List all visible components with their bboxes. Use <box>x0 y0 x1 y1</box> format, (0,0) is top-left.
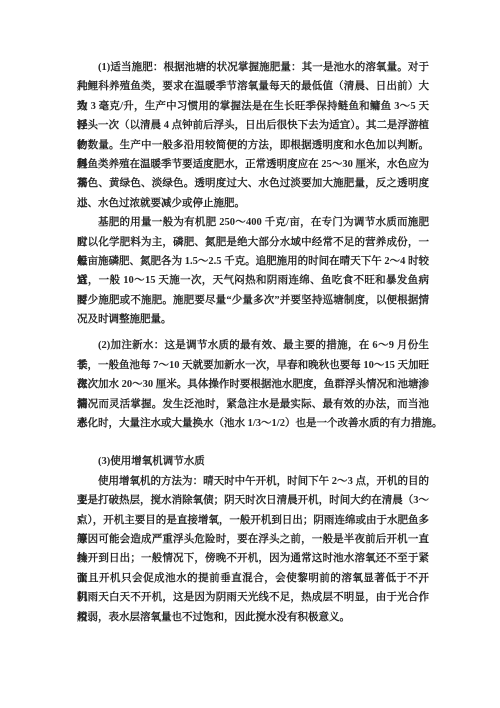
text-line: 而且开机只会促成池水的提前垂直混合，会使黎明前的溶氧显著低于不开机； <box>77 569 429 588</box>
text-line: 点），开机主要目的是直接增氧，一般开机到日出；阴雨连绵或由于水肥鱼多等 <box>77 511 429 530</box>
paragraph: (2)加注新水：这是调节水质的最有效、最主要的措施，在 6～9 月份生长旺季，一… <box>77 336 429 433</box>
text-line: 情况而灵活掌握。发生泛池时，紧急注水是最实际、最有效的办法，而当池水 <box>77 395 429 414</box>
text-line: 要少施肥或不施肥。施肥要尽量“少量多次”并要坚持巡塘制度，以便根据情 <box>77 291 429 310</box>
text-line: (2)加注新水：这是调节水质的最有效、最主要的措施，在 6～9 月份生长旺 <box>77 336 429 355</box>
text-line: 小、水色过浓就要减少或停止施肥。 <box>77 194 429 213</box>
paragraph: 使用增氧机的方法为：晴天时中午开机，时间下午 2～3 点，开机的目的主要是打破热… <box>77 472 429 627</box>
paragraph: 基肥的用量一般为有机肥 250～400 千克/亩，在专门为调节水质而施肥时应以化… <box>77 213 429 329</box>
text-line: 使用增氧机的方法为：晴天时中午开机，时间下午 2～3 点，开机的目的主 <box>77 472 429 491</box>
paragraph: (1)适当施肥：根据池塘的状况掌握施肥量：其一是池水的溶氧量。对于几种鲤科养殖鱼… <box>77 58 429 213</box>
document-body: (1)适当施肥：根据池塘的状况掌握施肥量：其一是池水的溶氧量。对于几种鲤科养殖鱼… <box>77 58 429 627</box>
text-line: 每亩施磷肥、氮肥各为 1.5～2.5 千克。追肥施用的时间在晴天下午 2～4 时… <box>77 252 429 271</box>
text-line: 浮头一次（以清晨 4 点钟前后浮头，日出后很快下去为适宜）。其二是浮游植物 <box>77 116 429 135</box>
text-line: 为 3 毫克/升，生产中习惯用的掌握法是在生长旺季保持鲢鱼和鳙鱼 3～5 天轻 <box>77 97 429 116</box>
document-page: (1)适当施肥：根据池塘的状况掌握施肥量：其一是池水的溶氧量。对于几种鲤科养殖鱼… <box>0 0 500 708</box>
section-heading: (3)使用增氧机调节水质 <box>77 452 429 471</box>
text-line: 较弱，表水层溶氧量也不过饱和，因此搅水没有积极意义。 <box>77 608 429 627</box>
text-line: 恶化时，大量注水或大量换水（池水 1/3～1/2）也是一个改善水质的有力措施。 <box>77 414 429 433</box>
text-line: 每次加水 20～30 厘米。具体操作时要根据池水肥度，鱼群浮头情况和池塘渗漏 <box>77 375 429 394</box>
text-line: 科鱼类养殖在温暖季节要适度肥水，正常透明度应在 25～30 厘米，水色应为茶 <box>77 155 429 174</box>
text-line: 褐色、黄绿色、淡绿色。透明度过大、水色过淡要加大施肥量，反之透明度过 <box>77 174 429 193</box>
text-line: 季，一般鱼池每 7～10 天就要加新水一次，早春和晚秋也要每 10～15 天加一… <box>77 356 429 375</box>
text-line: 续开到日出；一般情况下，傍晚不开机，因为通常这时池水溶氧还不至于紧张， <box>77 549 429 568</box>
text-line: 要是打破热层，搅水消除氧债；阴天时次日清晨开机，时间大约在清晨（3～5 <box>77 491 429 510</box>
text-line: 宜，一般 10～15 天施一次，天气闷热和阴雨连绵、鱼吃食不旺和暴发鱼病时， <box>77 271 429 290</box>
text-line: (1)适当施肥：根据池塘的状况掌握施肥量：其一是池水的溶氧量。对于几 <box>77 58 429 77</box>
text-line: 阴雨天白天不开机，这是因为阴雨天光线不足，热成层不明显，由于光合作用 <box>77 588 429 607</box>
text-line: 原因可能会造成严重浮头危险时，要在浮头之前，一般是半夜前后开机一直持 <box>77 530 429 549</box>
text-line: (3)使用增氧机调节水质 <box>77 452 429 471</box>
text-line: 基肥的用量一般为有机肥 250～400 千克/亩，在专门为调节水质而施肥时 <box>77 213 429 232</box>
text-line: 应以化学肥料为主，磷肥、氮肥是绝大部分水域中经常不足的营养成份，一般 <box>77 233 429 252</box>
text-line: 的数量。生产中一般多沿用较简便的方法，即根据透明度和水色加以判断。鲤 <box>77 136 429 155</box>
text-line: 种鲤科养殖鱼类，要求在温暖季节溶氧量每天的最低值（清晨、日出前）大致 <box>77 77 429 96</box>
text-line: 况及时调整施肥量。 <box>77 310 429 329</box>
